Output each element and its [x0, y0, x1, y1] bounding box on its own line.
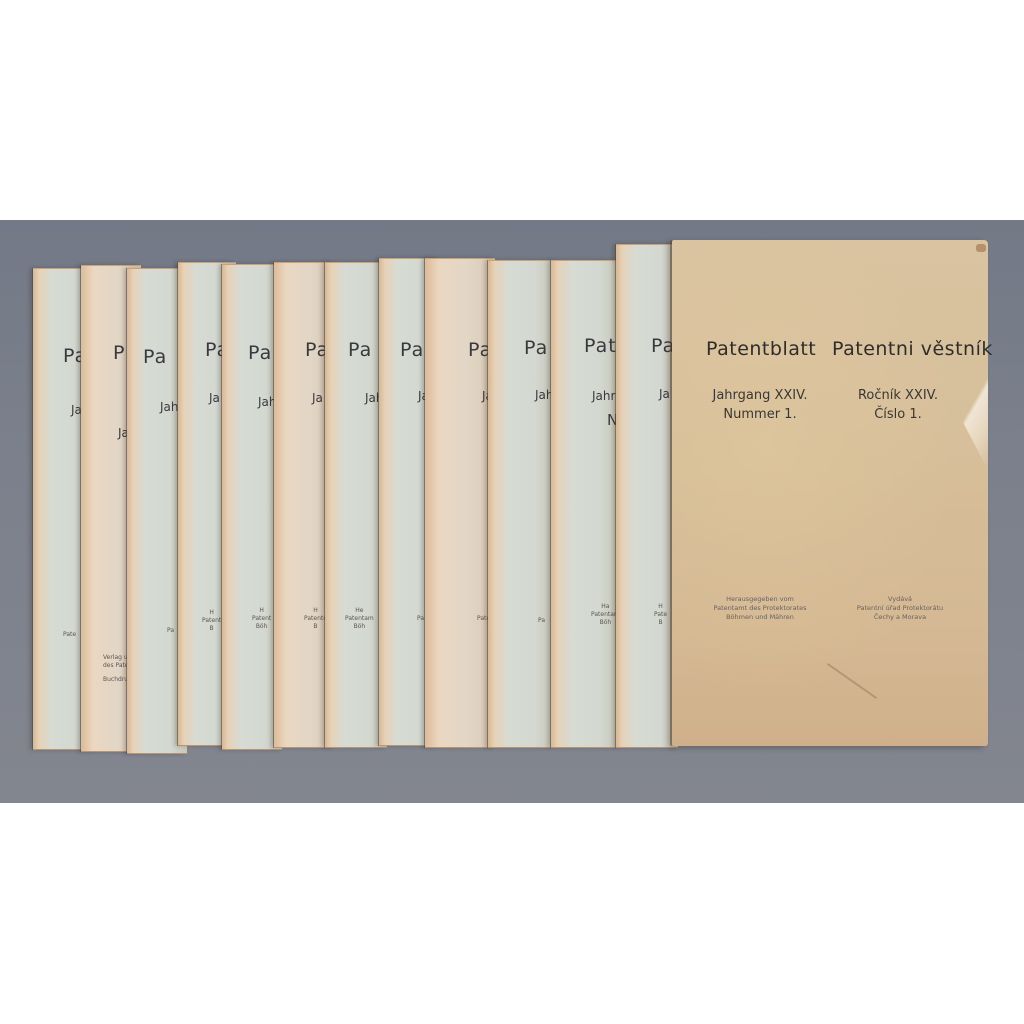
- issue-footer-fragment: Pa: [538, 617, 545, 625]
- footer-line: B: [202, 625, 221, 633]
- footer-line: H: [304, 607, 327, 615]
- paper-crease: [827, 663, 877, 699]
- issue-footer-lines: H Patente B: [304, 607, 327, 631]
- folded-edge: [962, 360, 988, 470]
- publisher-line: Patentamt des Protektorates: [700, 604, 820, 613]
- number-german: Nummer 1.: [700, 405, 820, 424]
- issue-title-fragment: Pa: [524, 337, 548, 359]
- footer-line: He: [345, 607, 374, 615]
- issue-title-fragment: P: [113, 342, 125, 364]
- footer-line: Böh: [252, 623, 271, 631]
- german-edition-block: Jahrgang XXIV. Nummer 1.: [700, 386, 820, 424]
- publisher-czech: Vydává Patentní úřad Protektorátu Čechy …: [840, 595, 960, 622]
- issue-footer-fragment: Pa: [167, 627, 174, 635]
- publisher-line: Patentní úřad Protektorátu: [840, 604, 960, 613]
- issue-year-fragment: Jah: [160, 400, 179, 414]
- footer-line: B: [304, 623, 327, 631]
- issue-footer-lines: Ha Patentam Böh: [591, 603, 619, 627]
- issue-year-fragment: Jahrg: [592, 389, 619, 403]
- number-czech: Číslo 1.: [848, 405, 948, 424]
- footer-line: H: [202, 609, 221, 617]
- issue-footer-fragment: Pa: [417, 615, 424, 623]
- czech-edition-block: Ročník XXIV. Číslo 1.: [848, 386, 948, 424]
- footer-line: B: [654, 619, 667, 627]
- title-german: Patentblatt: [706, 338, 816, 360]
- footer-line: Ha: [591, 603, 619, 611]
- footer-line: Patentam: [591, 611, 619, 619]
- year-czech: Ročník XXIV.: [848, 386, 948, 405]
- footer-line: Patente: [304, 615, 327, 623]
- footer-line: Böh: [345, 623, 374, 631]
- issue-title-fragment: Pa: [248, 342, 272, 364]
- year-german: Jahrgang XXIV.: [700, 386, 820, 405]
- publisher-line: Böhmen und Mähren: [700, 613, 820, 622]
- stacked-issue-12: Pa Ja H Pate B: [616, 244, 678, 748]
- issue-footer-lines: H Patent Böh: [252, 607, 271, 631]
- footer-line: H: [654, 603, 667, 611]
- stacked-issue-11: Pat Jahrg N Ha Patentam Böh: [551, 260, 619, 748]
- issue-footer-lines: H Patent B: [202, 609, 221, 633]
- stacked-issue-9: Pa Ja Pate: [425, 258, 495, 748]
- publisher-german: Herausgegeben vom Patentamt des Protekto…: [700, 595, 820, 622]
- publisher-line: Herausgegeben vom: [700, 595, 820, 604]
- issue-footer-lines: He Patentam Böh: [345, 607, 374, 631]
- corner-tear: [976, 244, 986, 252]
- issue-footer-fragment: Pate: [63, 631, 76, 639]
- issue-title-fragment: Pa: [400, 339, 424, 361]
- issue-title-fragment: Pat: [584, 335, 617, 357]
- title-czech: Patentni věstník: [832, 338, 993, 360]
- publisher-line: Vydává: [840, 595, 960, 604]
- issue-year-fragment: Ja: [209, 391, 220, 405]
- issue-footer-lines: H Pate B: [654, 603, 667, 627]
- footer-line: Patent: [252, 615, 271, 623]
- footer-line: Pate: [654, 611, 667, 619]
- footer-line: H: [252, 607, 271, 615]
- front-cover: Patentblatt Patentni věstník Jahrgang XX…: [672, 240, 988, 746]
- footer-line: Böh: [591, 619, 619, 627]
- issue-title-fragment: Pa: [143, 346, 167, 368]
- issue-title-fragment: Pa: [348, 339, 372, 361]
- issue-year-fragment: Ja: [659, 387, 670, 401]
- footer-line: Patent: [202, 617, 221, 625]
- issue-year-fragment: Ja: [312, 391, 323, 405]
- publisher-line: Čechy a Morava: [840, 613, 960, 622]
- footer-line: Patentam: [345, 615, 374, 623]
- stacked-issue-5: Pa Jah H Patent Böh: [222, 264, 282, 750]
- stacked-issue-10: Pa Jah Pa: [488, 260, 554, 748]
- stacked-issue-7: Pa Jah He Patentam Böh: [325, 262, 387, 748]
